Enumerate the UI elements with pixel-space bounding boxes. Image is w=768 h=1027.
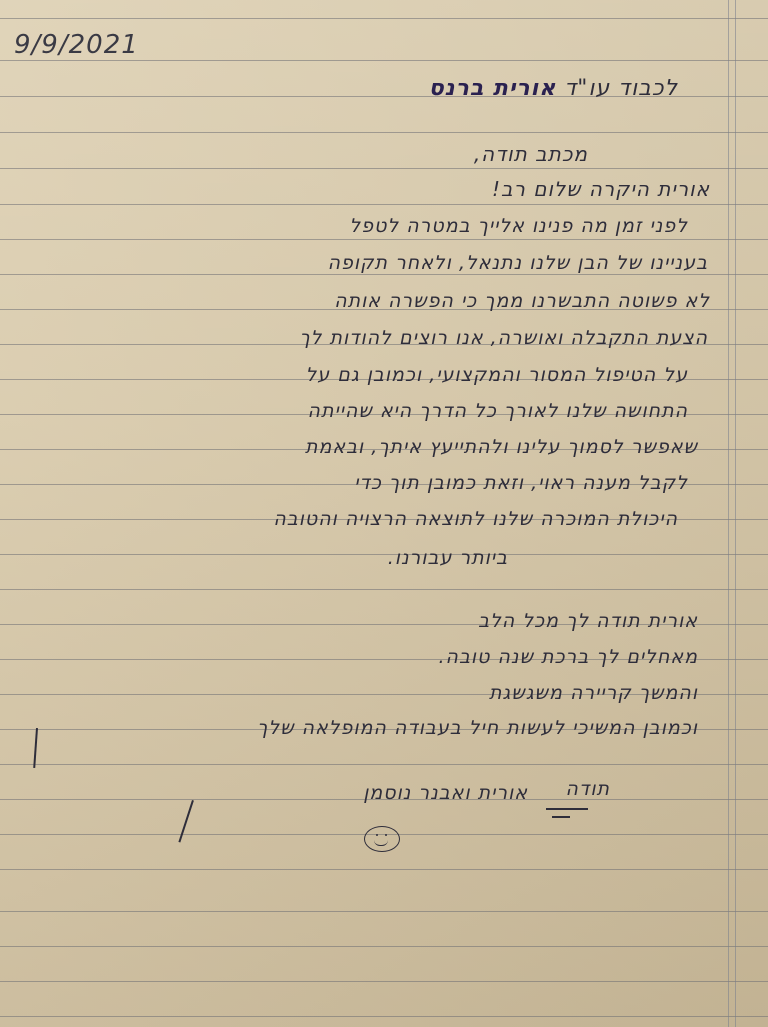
letter-subject: מכתב תודה, xyxy=(474,142,588,166)
pen-stroke xyxy=(33,728,37,768)
body-line: לפני זמן מה פנינו אלייך במטרה לטפל xyxy=(349,215,688,237)
smiley-eye xyxy=(385,834,387,836)
pen-stroke xyxy=(178,800,193,842)
body-line: ביותר עבורנו. xyxy=(388,547,508,569)
body-line: בעניינו של הבן שלנו נתנאל, ולאחר תקופה xyxy=(328,252,708,274)
recipient-line: לכבוד עו"ד אורית ברנס xyxy=(429,76,678,101)
signature-underline xyxy=(546,808,588,810)
letter-greeting: אורית היקרה שלום רב! xyxy=(492,177,710,201)
body-line: הצעת התקבלה ואושרה, אנו רוצים להודות לך xyxy=(299,327,708,349)
body-line: לא פשוטה התבשרנו ממך כי הפשרה אותה xyxy=(334,290,710,312)
signature-underline xyxy=(552,816,570,818)
closing-line: והמשך קריירה משגשגת xyxy=(489,682,698,704)
signature-thanks: תודה xyxy=(566,778,610,800)
body-line: היכולת המוכרה שלנו לתוצאה הרצויה והטובה xyxy=(273,508,678,530)
letter-date: 9/9/2021 xyxy=(14,30,139,60)
recipient-prefix: לכבוד עו"ד xyxy=(564,76,678,101)
body-line: שאפשר לסמוך עלינו ולהתייעץ איתך, ובאמת xyxy=(305,436,698,458)
body-line: על הטיפול המסור והמקצועי, וכמובן גם על xyxy=(305,364,688,386)
signature-names: אורית ואבנר נוסמן xyxy=(363,782,528,804)
closing-line: מאחלים לך ברכת שנה טובה. xyxy=(439,646,699,668)
smiley-face-icon xyxy=(364,826,400,852)
closing-line: וכמובן המשיכי לעשות חיל בעבודה המופלאה ש… xyxy=(257,717,698,739)
body-line: לקבל מענה ראוי, וזאת כמובן תוך כדי xyxy=(354,472,688,494)
letter-page: 9/9/2021 לכבוד עו"ד אורית ברנס מכתב תודה… xyxy=(0,0,768,1027)
smiley-mouth xyxy=(374,840,388,846)
recipient-name: אורית ברנס xyxy=(429,76,557,101)
closing-line: אורית תודה לך מכל הלב xyxy=(478,610,698,632)
body-line: התחושה שלנו לאורך כל הדרך היא שהייתה xyxy=(308,400,688,422)
smiley-eye xyxy=(376,834,378,836)
